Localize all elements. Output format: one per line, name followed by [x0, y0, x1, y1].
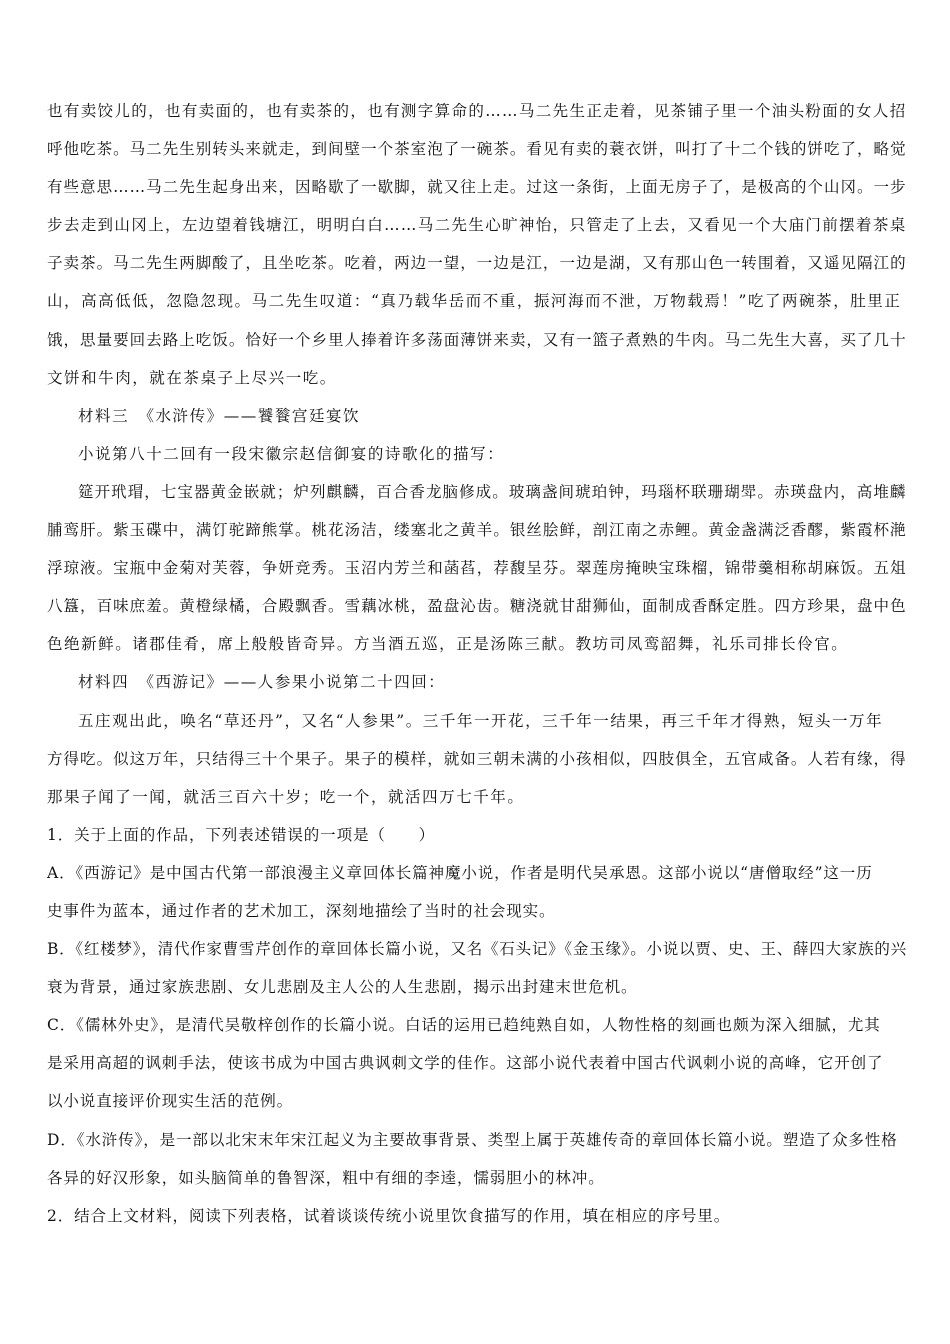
question-2-stem: 2．结合上文材料，阅读下列表格，试着谈谈传统小说里饮食描写的作用，填在相应的序号… [47, 1201, 907, 1239]
exam-page: 也有卖饺儿的，也有卖面的，也有卖茶的，也有测字算命的……马二先生正走着，见茶铺子… [47, 96, 907, 1239]
material-2-passage: 也有卖饺儿的，也有卖面的，也有卖茶的，也有测字算命的……马二先生正走着，见茶铺子… [47, 96, 907, 401]
passage-line: 有些意思……马二先生起身出来，因略歇了一歇脚，就又往上走。过这一条街，上面无房子… [47, 172, 907, 210]
option-c-line: 是采用高超的讽刺手法，使该书成为中国古典讽刺文学的佳作。这部小说代表着中国古代讽… [47, 1048, 907, 1086]
option-d-line: 各异的好汉形象，如头脑简单的鲁智深，粗中有细的李逵，懦弱胆小的林冲。 [47, 1163, 907, 1201]
passage-line: 步去走到山冈上，左边望着钱塘江，明明白白……马二先生心旷神怡，只管走了上去，又看… [47, 210, 907, 248]
material-3: 材料三 《水浒传》——饕餮宫廷宴饮 小说第八十二回有一段宋徽宗赵信御宴的诗歌化的… [47, 401, 907, 668]
option-c-line: C．《儒林外史》，是清代吴敬梓创作的长篇小说。白话的运用已趋纯熟自如，人物性格的… [47, 1010, 907, 1048]
passage-line: 五庄观出此，唤名“草还丹”，又名“人参果”。三千年一开花，三千年一结果，再三千年… [47, 706, 907, 744]
option-a-line: 史事件为蓝本，通过作者的艺术加工，深刻地描绘了当时的社会现实。 [47, 896, 907, 934]
material-4-heading: 材料四 《西游记》——人参果小说第二十四回： [47, 667, 907, 705]
question-1: 1．关于上面的作品，下列表述错误的一项是（ ） A．《西游记》是中国古代第一部浪… [47, 820, 907, 1201]
material-4: 材料四 《西游记》——人参果小说第二十四回： 五庄观出此，唤名“草还丹”，又名“… [47, 667, 907, 819]
passage-line: 文饼和牛肉，就在茶桌子上尽兴一吃。 [47, 363, 907, 401]
option-c[interactable]: C．《儒林外史》，是清代吴敬梓创作的长篇小说。白话的运用已趋纯熟自如，人物性格的… [47, 1010, 907, 1124]
passage-line: 筵开玳瑁，七宝器黄金嵌就；炉列麒麟，百合香龙脑修成。玻璃盏间琥珀钟，玛瑙杯联珊瑚… [47, 477, 907, 515]
passage-line: 方得吃。似这万年，只结得三十个果子。果子的模样，就如三朝未满的小孩相似，四肢俱全… [47, 744, 907, 782]
passage-line: 饿，思量要回去路上吃饭。恰好一个乡里人捧着许多荡面薄饼来卖，又有一篮子煮熟的牛肉… [47, 325, 907, 363]
passage-line: 那果子闻了一闻，就活三百六十岁；吃一个，就活四万七千年。 [47, 782, 907, 820]
passage-line: 脯鸾肝。紫玉碟中，满饤驼蹄熊掌。桃花汤洁，缕塞北之黄羊。银丝脍鲜，剖江南之赤鲤。… [47, 515, 907, 553]
question-1-stem: 1．关于上面的作品，下列表述错误的一项是（ ） [47, 820, 907, 858]
option-b[interactable]: B．《红楼梦》，清代作家曹雪芹创作的章回体长篇小说，又名《石头记》《金玉缘》。小… [47, 934, 907, 1010]
option-d[interactable]: D．《水浒传》，是一部以北宋末年宋江起义为主要故事背景、类型上属于英雄传奇的章回… [47, 1125, 907, 1201]
material-3-heading: 材料三 《水浒传》——饕餮宫廷宴饮 [47, 401, 907, 439]
option-d-line: D．《水浒传》，是一部以北宋末年宋江起义为主要故事背景、类型上属于英雄传奇的章回… [47, 1125, 907, 1163]
passage-line: 色绝新鲜。诸郡佳肴，席上般般皆奇异。方当酒五巡，正是汤陈三献。教坊司凤鸾韶舞，礼… [47, 629, 907, 667]
passage-line: 浮琼液。宝瓶中金菊对芙蓉，争妍竞秀。玉沼内芳兰和菡萏，荐馥呈芬。翠莲房掩映宝珠榴… [47, 553, 907, 591]
option-b-line: B．《红楼梦》，清代作家曹雪芹创作的章回体长篇小说，又名《石头记》《金玉缘》。小… [47, 934, 907, 972]
passage-line: 呼他吃茶。马二先生别转头来就走，到间壁一个茶室泡了一碗茶。看见有卖的蓑衣饼，叫打… [47, 134, 907, 172]
question-2: 2．结合上文材料，阅读下列表格，试着谈谈传统小说里饮食描写的作用，填在相应的序号… [47, 1201, 907, 1239]
passage-line: 八簋，百味庶羞。黄橙绿橘，合殿飘香。雪藕冰桃，盈盘沁齿。糖浇就甘甜狮仙，面制成香… [47, 591, 907, 629]
passage-line: 山，高高低低，忽隐忽现。马二先生叹道：“真乃载华岳而不重，振河海而不泄，万物载焉… [47, 286, 907, 324]
option-a-line: A．《西游记》是中国古代第一部浪漫主义章回体长篇神魔小说，作者是明代吴承恩。这部… [47, 858, 907, 896]
passage-line: 也有卖饺儿的，也有卖面的，也有卖茶的，也有测字算命的……马二先生正走着，见茶铺子… [47, 96, 907, 134]
passage-line: 子卖茶。马二先生两脚酸了，且坐吃茶。吃着，两边一望，一边是江，一边是湖，又有那山… [47, 248, 907, 286]
material-3-intro: 小说第八十二回有一段宋徽宗赵信御宴的诗歌化的描写： [47, 439, 907, 477]
option-c-line: 以小说直接评价现实生活的范例。 [47, 1086, 907, 1124]
option-b-line: 衰为背景，通过家族悲剧、女儿悲剧及主人公的人生悲剧，揭示出封建末世危机。 [47, 972, 907, 1010]
option-a[interactable]: A．《西游记》是中国古代第一部浪漫主义章回体长篇神魔小说，作者是明代吴承恩。这部… [47, 858, 907, 934]
